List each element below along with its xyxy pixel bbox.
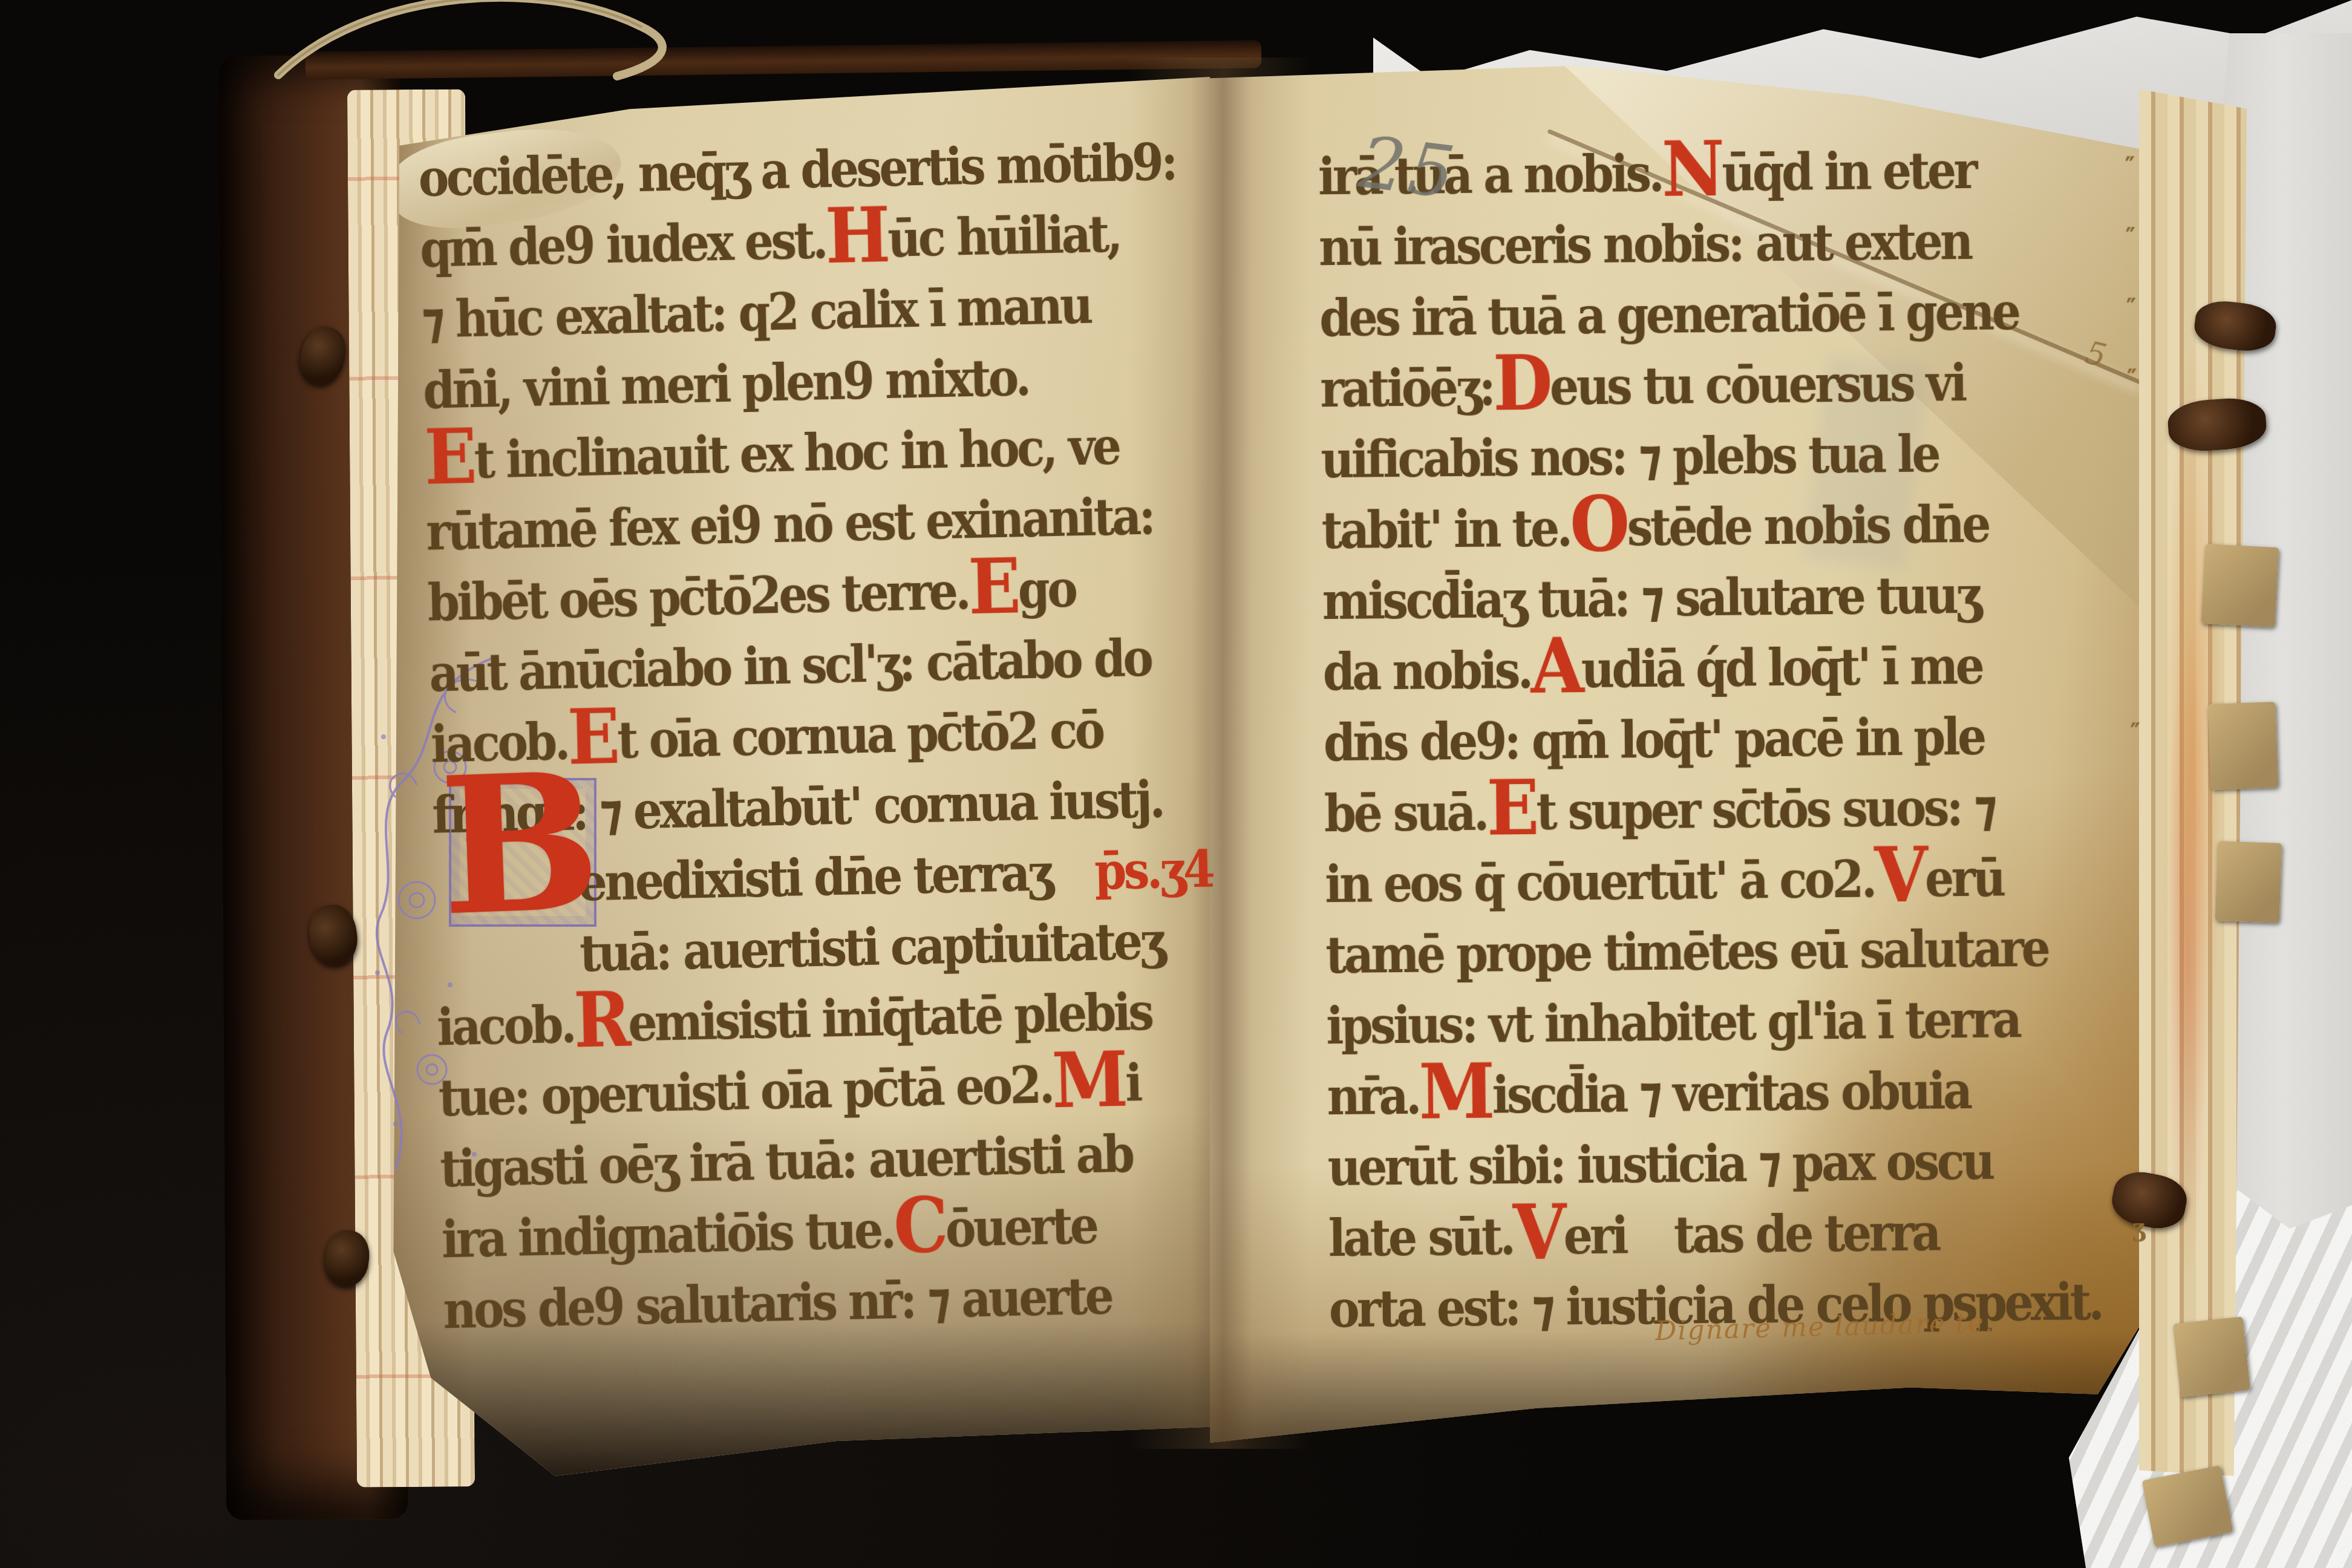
rubric-initial: E <box>425 456 474 457</box>
rubric-initial: N <box>1662 168 1722 169</box>
rubric-initial: E <box>969 586 1018 587</box>
text-line: uificabis nos: ⁊ plebs tua le <box>1321 416 2135 495</box>
text-segment: stēde nobis dn̄e <box>1627 489 1988 563</box>
text-line: tamē prope timētes eū salutare <box>1325 912 2140 990</box>
text-line: ratiōēʒ:Deus tu cōuersus vi″ <box>1320 345 2135 424</box>
text-segment: tue: operuisti oīa pc̄tā eo2. <box>438 1049 1053 1133</box>
margin-mark: ″ <box>2125 201 2133 272</box>
text-segment: enedixisti dn̄e terraʒ <box>577 837 1051 918</box>
text-segment: nos de9 salutaris nr̄: ⁊ auerte <box>442 1260 1112 1345</box>
text-segment: eus tu cōuersus vi <box>1549 347 1965 422</box>
right-page-text-block: irā tuā a nobis.Nūq̄d in eter″nū irascer… <box>1318 132 2233 1344</box>
rubric-initial: C <box>893 1224 946 1226</box>
text-segment: uerūt sibi: iusticia ⁊ pax oscu <box>1327 1126 1993 1203</box>
text-segment: ūq̄d in eter <box>1722 135 1976 208</box>
text-segment: tabit' in te. <box>1321 492 1570 566</box>
text-segment: iscd̄ia ⁊ veritas obuia <box>1492 1055 1970 1131</box>
rubric-initial: A <box>1530 665 1581 666</box>
text-segment: nū irasceris nobis: aut exten <box>1319 206 1971 283</box>
text-line: da nobis.Audiā q́d loq̄t' ī me <box>1322 629 2137 707</box>
text-segment: erū <box>1925 842 2004 913</box>
text-segment: udiā q́d loq̄t' ī me <box>1581 630 1982 705</box>
margin-mark: ″ <box>2127 343 2135 414</box>
rubric-initial: V <box>1875 874 1925 875</box>
margin-mark: ʒ <box>2132 1192 2143 1263</box>
text-segment: tuā: auertisti captiuitateʒ <box>579 905 1164 988</box>
text-line: tabit' in te.Ostēde nobis dn̄e <box>1321 487 2136 566</box>
text-segment: eri <box>1563 1200 1626 1271</box>
text-segment: tamē prope timētes eū salutare <box>1325 913 2048 990</box>
text-segment: t inclinauit ex hoc in hoc, ve <box>474 411 1120 495</box>
rubric-initial: R <box>574 1019 629 1020</box>
text-line: uerūt sibi: iusticia ⁊ pax oscu <box>1327 1124 2142 1203</box>
text-segment: dn̄s de9: qm̄ loq̄t' pacē in ple <box>1323 701 1984 778</box>
text-line: late sūt.Veritas de terraʒ <box>1328 1195 2143 1273</box>
text-segment: uificabis nos: ⁊ plebs tua le <box>1321 418 1939 495</box>
illuminated-initial-B: B <box>437 747 603 941</box>
text-segment: dn̄i, vini meri plen9 mixto. <box>422 342 1029 426</box>
folio-number: 25 <box>1355 120 1463 215</box>
text-line: bē suā.Et super sc̄tōs suos: ⁊ <box>1324 770 2139 849</box>
margin-mark: ″ <box>2130 697 2138 768</box>
text-segment: late sūt. <box>1328 1201 1513 1273</box>
text-line: nr̄a.Miscd̄ia ⁊ veritas obuia <box>1327 1053 2141 1132</box>
rubric-initial: H <box>825 234 887 235</box>
photo-stage: B occidēte, neq̄ʒ a desertis mōtib9:qm̄ … <box>0 0 2352 1568</box>
text-segment: in eos q̄ cōuertūt' ā co2. <box>1325 843 1875 920</box>
text-line: dn̄s de9: qm̄ loq̄t' pacē in ple″ <box>1323 699 2138 778</box>
rubric-initial: M <box>1052 1079 1125 1080</box>
text-segment: ūc hūiliat, <box>887 198 1121 274</box>
text-segment: da nobis. <box>1322 635 1531 707</box>
text-line: in eos q̄ cōuertūt' ā co2.Verū <box>1325 841 2140 920</box>
text-segment: miscd̄iaʒ tuā: ⁊ salutare tuuʒ <box>1322 560 1979 636</box>
text-line: nū irasceris nobis: aut exten″ <box>1319 204 2134 283</box>
text-segment: t oīa cornua pc̄tō2 cō <box>616 694 1103 775</box>
text-segment: bē suā. <box>1324 777 1488 849</box>
margin-mark: ″ <box>2125 131 2132 201</box>
rubric-initial: D <box>1493 382 1550 383</box>
text-segment: ōuerte <box>945 1190 1097 1264</box>
text-segment: t super sc̄tōs suos: ⁊ <box>1536 772 1995 847</box>
text-segment: go <box>1018 553 1076 625</box>
text-segment: tas de terra <box>1673 1197 1939 1270</box>
text-line: miscd̄iaʒ tuā: ⁊ salutare tuuʒ <box>1322 558 2137 636</box>
text-segment: des irā tuā a generatiōē ī gene <box>1319 276 2019 353</box>
margin-mark: ″ <box>2126 272 2134 343</box>
rubric-initial: O <box>1570 523 1627 524</box>
text-segment: qm̄ de9 iudex est. <box>419 204 826 284</box>
rubric-initial: E <box>1487 807 1537 808</box>
text-segment: bibēt oēs pc̄tō2es terre. <box>427 555 969 638</box>
text-segment: i <box>1125 1047 1141 1119</box>
text-line: des irā tuā a generatiōē ī gene″ <box>1319 275 2134 353</box>
text-segment: ira indignatiōis tue. <box>441 1194 895 1275</box>
rubric-initial: V <box>1513 1232 1563 1232</box>
rubric-initial: p̄s.ʒ4 <box>1094 833 1213 906</box>
bookmark-cord <box>254 0 714 111</box>
text-segment: iacob. <box>436 989 575 1063</box>
rubric-initial: M <box>1419 1091 1492 1091</box>
text-segment: ratiōēʒ: <box>1320 351 1494 424</box>
text-segment: nr̄a. <box>1327 1060 1419 1132</box>
